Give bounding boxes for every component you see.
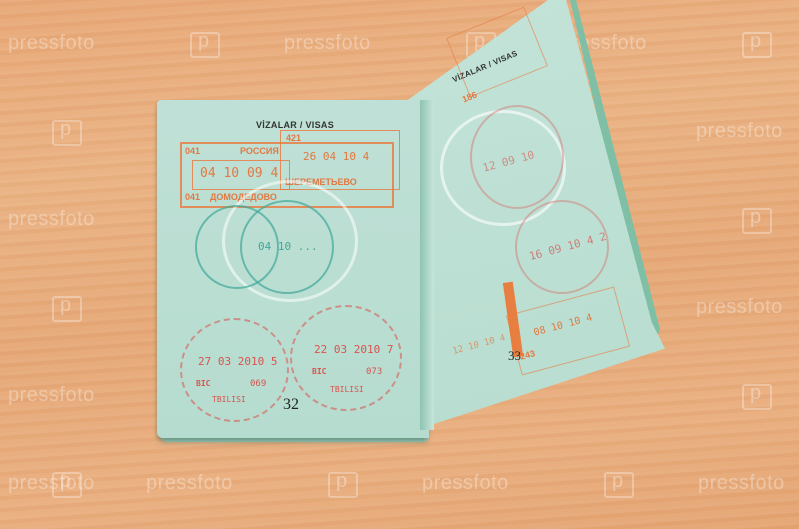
watermark-icon — [52, 296, 82, 322]
passport-spine — [420, 100, 434, 430]
watermark-text: pressfoto — [146, 472, 233, 495]
stamp-prefix: BIC — [196, 379, 210, 388]
watermark-icon — [742, 384, 772, 410]
watermark-text: pressfoto — [8, 208, 95, 231]
stamp-date: 27 03 2010 5 — [198, 355, 277, 368]
page-number: 33 — [508, 348, 521, 364]
stamp-georgia-exit — [290, 305, 402, 411]
stamp-code: 041 — [185, 146, 200, 156]
watermark-text: pressfoto — [8, 384, 95, 407]
stamp-date: 22 03 2010 7 — [314, 343, 393, 356]
watermark-icon — [190, 32, 220, 58]
stamp-prefix: BIC — [312, 367, 326, 376]
watermark-icon — [52, 472, 82, 498]
stamp-country: РОССИЯ — [240, 146, 279, 156]
stamp-date: 26 04 10 4 — [303, 150, 369, 163]
page-number: 32 — [283, 396, 299, 414]
stamp-code: 041 — [185, 192, 200, 202]
page-heading: VİZALAR / VISAS — [256, 120, 334, 130]
watermark-text: pressfoto — [422, 472, 509, 495]
stamp-code: 069 — [250, 379, 266, 389]
watermark-icon — [328, 472, 358, 498]
stamp-date: 04 10 09 4 — [200, 166, 278, 181]
watermark-text: pressfoto — [8, 32, 95, 55]
stamp-georgia-entry — [180, 318, 289, 422]
stamp-code: 073 — [366, 367, 382, 377]
watermark-icon — [604, 472, 634, 498]
watermark-text: pressfoto — [696, 296, 783, 319]
watermark-icon — [742, 32, 772, 58]
stamp-code: 421 — [286, 133, 301, 143]
watermark-icon — [742, 208, 772, 234]
stamp-city: TBILISI — [212, 395, 246, 404]
stamp-city: TBILISI — [330, 385, 364, 394]
watermark-icon — [52, 120, 82, 146]
watermark-text: pressfoto — [284, 32, 371, 55]
watermark-text: pressfoto — [696, 120, 783, 143]
stamp-date: 04 10 ... — [258, 240, 318, 253]
watermark-text: pressfoto — [698, 472, 785, 495]
